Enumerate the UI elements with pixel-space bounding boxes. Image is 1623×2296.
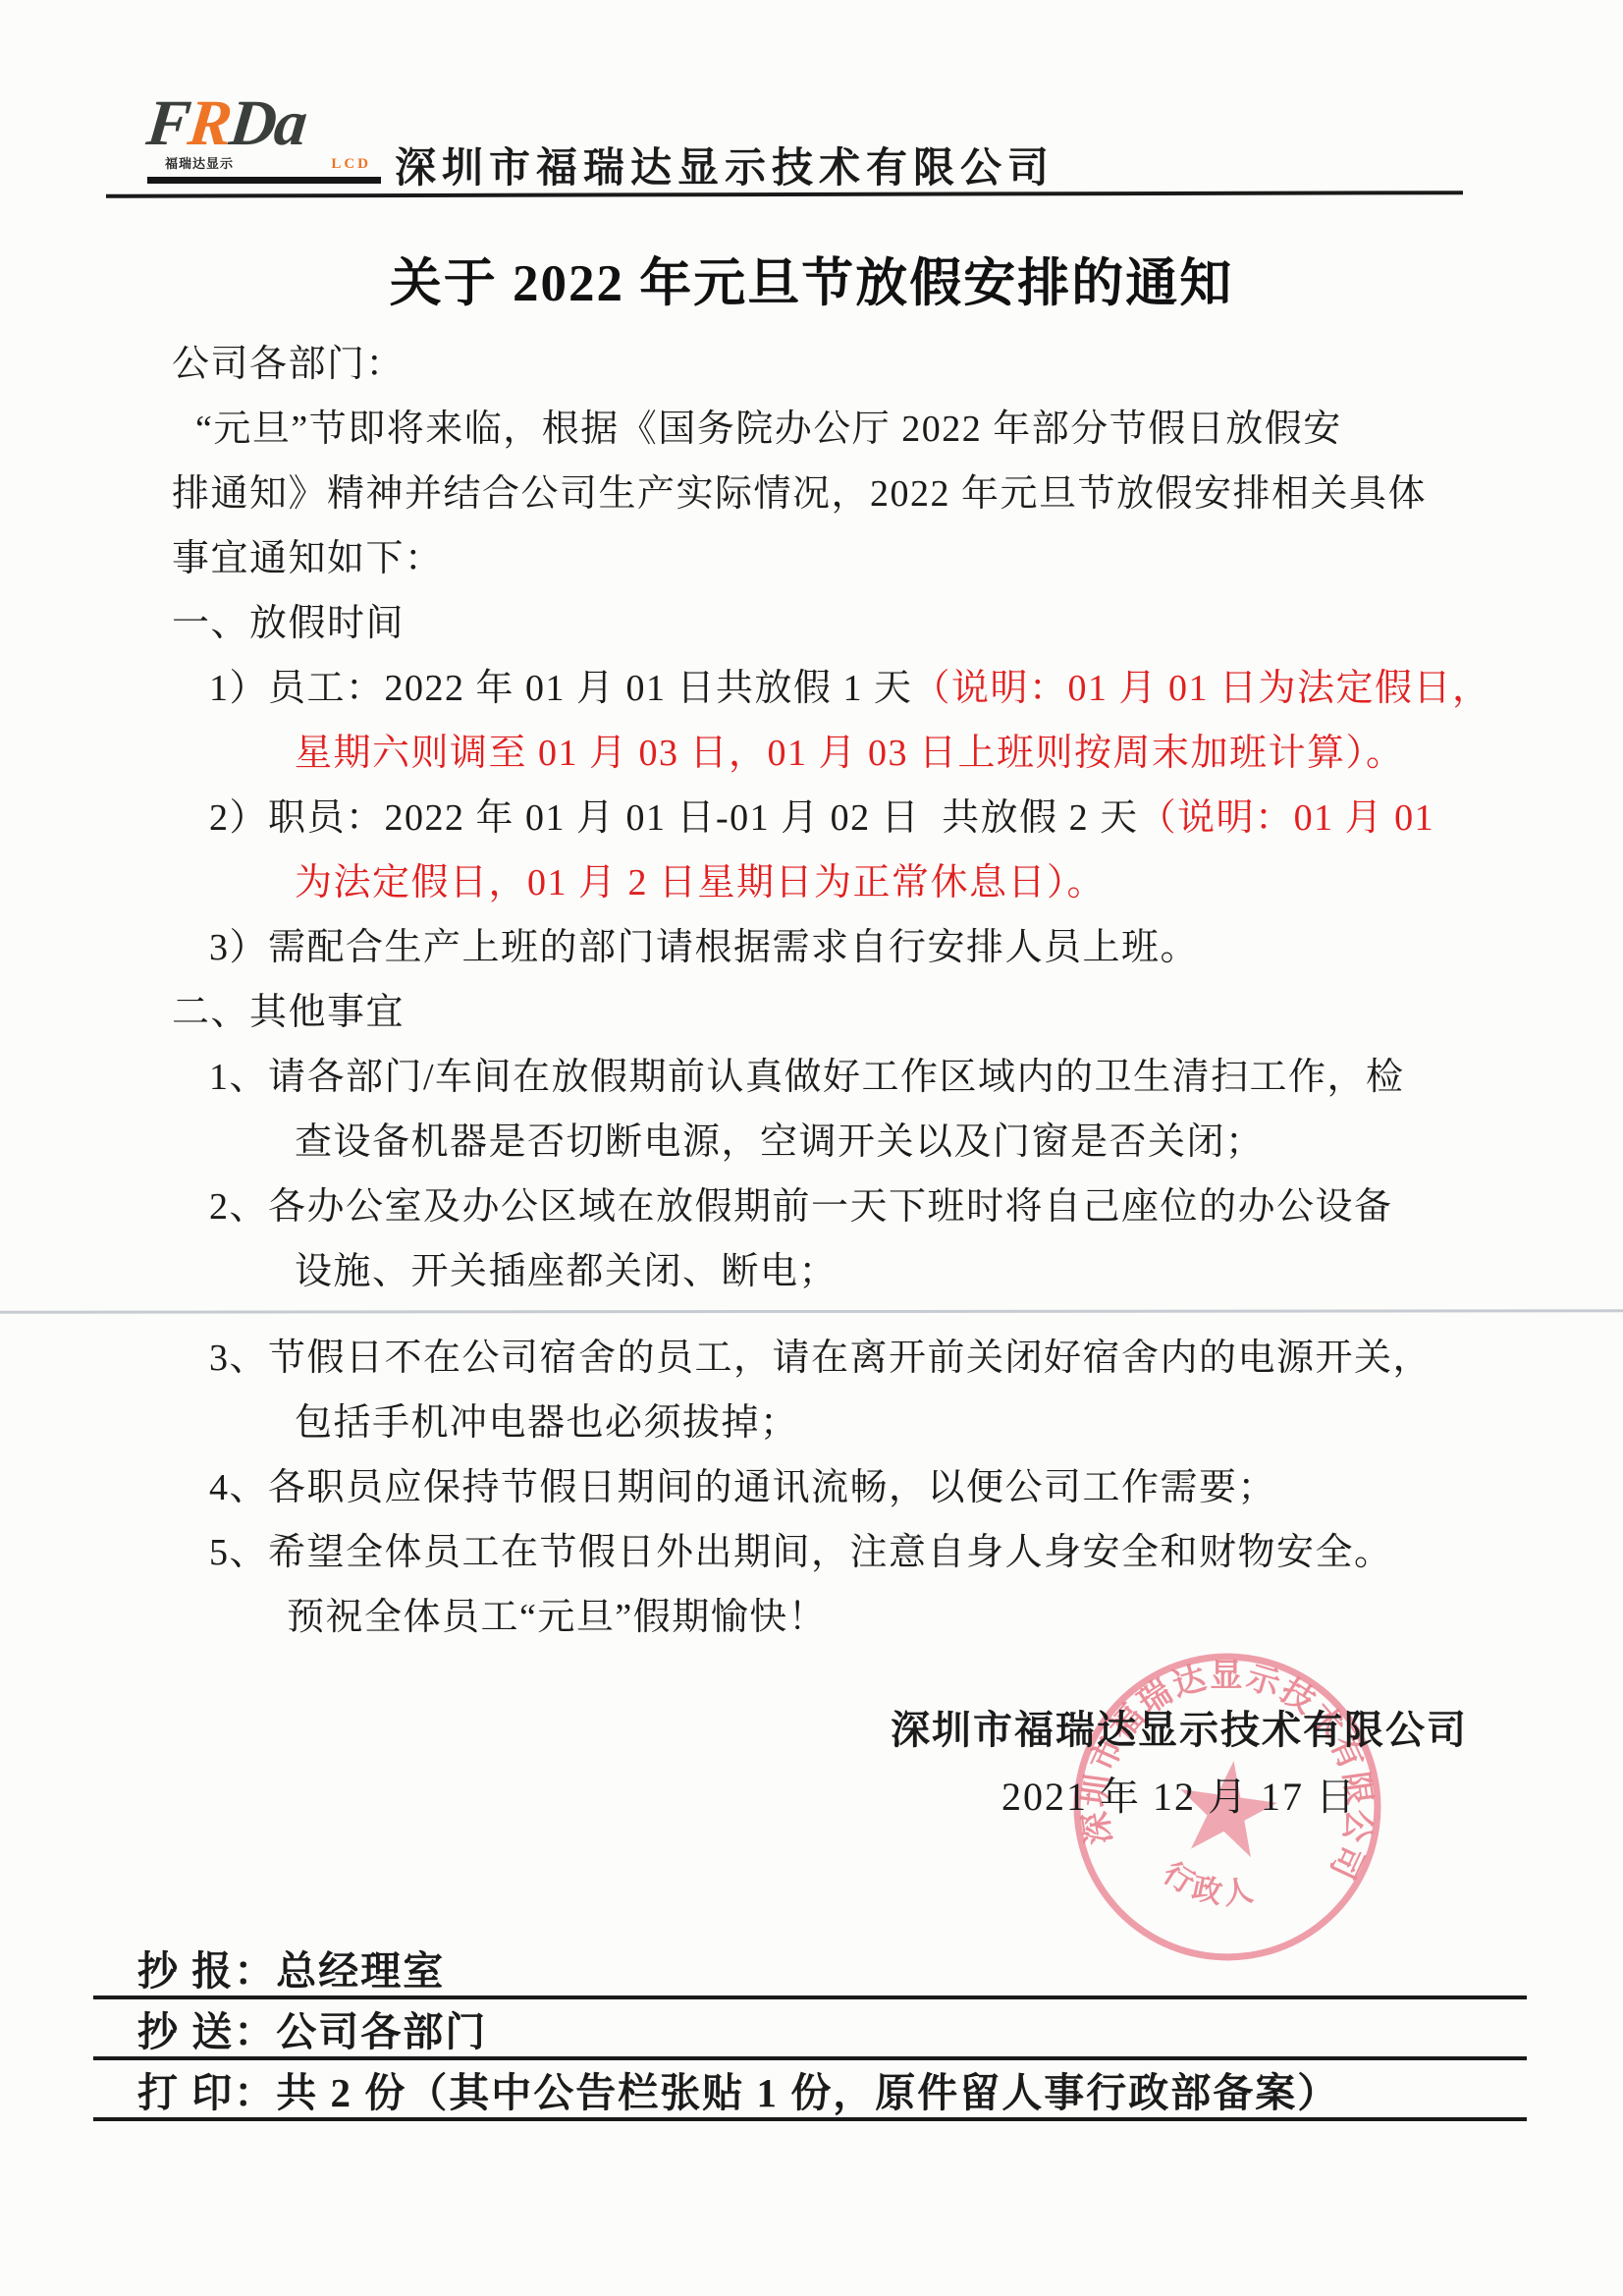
body-line: 2）职员：2022 年 01 月 01 日-01 月 02 日 共放假 2 天（…	[172, 786, 1527, 850]
logo-underbar	[147, 177, 381, 184]
distribution-list: 抄 报：总经理室 抄 送：公司各部门 打 印：共 2 份（其中公告栏张贴 1 份…	[93, 1946, 1527, 2129]
body-line: 3）需配合生产上班的部门请根据需求自行安排人员上班。	[172, 915, 1527, 980]
body-line: 5、希望全体员工在节假日外出期间，注意自身人身安全和财物安全。	[172, 1520, 1527, 1585]
body-line: 预祝全体员工“元旦”假期愉快！	[172, 1585, 1527, 1650]
body-line: 公司各部门：	[172, 332, 1527, 397]
document-page: FRDa 福瑞达显示 LCD 深圳市福瑞达显示技术有限公司 关于 2022 年元…	[0, 0, 1623, 2296]
body-text: 公司各部门：“元旦”节即将来临，根据《国务院办公厅 2022 年部分节假日放假安…	[172, 332, 1527, 1650]
body-line: 3、节假日不在公司宿舍的员工，请在离开前关闭好宿舍内的电源开关，	[172, 1326, 1527, 1391]
body-line: 查设备机器是否切断电源，空调开关以及门窗是否关闭；	[172, 1110, 1527, 1175]
company-logo: FRDa 福瑞达显示 LCD	[147, 94, 393, 204]
copy-send-row: 抄 送：公司各部门	[93, 2007, 1527, 2060]
logo-lcd-label: LCD	[331, 156, 371, 173]
body-line: 4、各职员应保持节假日期间的通讯流畅，以便公司工作需要；	[172, 1455, 1527, 1520]
header-company-name: 深圳市福瑞达显示技术有限公司	[395, 136, 1055, 194]
signature-date: 2021 年 12 月 17 日	[879, 1774, 1480, 1821]
body-line: 排通知》精神并结合公司生产实际情况，2022 年元旦节放假安排相关具体	[172, 462, 1527, 526]
body-line: 为法定假日，01 月 2 日星期日为正常休息日）。	[172, 850, 1527, 915]
body-line: 1）员工：2022 年 01 月 01 日共放假 1 天（说明：01 月 01 …	[172, 656, 1527, 721]
body-line: 2、各办公室及办公区域在放假期前一天下班时将自己座位的办公设备	[172, 1175, 1527, 1239]
document-title: 关于 2022 年元旦节放假安排的通知	[0, 242, 1623, 316]
signature-block: 深圳市福瑞达显示技术有限公司 2021 年 12 月 17 日	[879, 1707, 1480, 1821]
body-line: 1、请各部门/车间在放假期前认真做好工作区域内的卫生清扫工作，检	[172, 1045, 1527, 1110]
signature-company: 深圳市福瑞达显示技术有限公司	[879, 1707, 1480, 1754]
logo-wordmark-icon: FRDa	[144, 94, 396, 153]
body-line: 设施、开关插座都关闭、断电；	[172, 1239, 1527, 1304]
body-line: 包括手机冲电器也必须拔掉；	[172, 1391, 1527, 1455]
body-line: 星期六则调至 01 月 03 日，01 月 03 日上班则按周末加班计算）。	[172, 721, 1527, 786]
body-line: 事宜通知如下：	[172, 526, 1527, 591]
body-line: 二、其他事宜	[172, 980, 1527, 1045]
copy-report-row: 抄 报：总经理室	[93, 1946, 1527, 1999]
body-line: 一、放假时间	[172, 591, 1527, 656]
body-line: “元旦”节即将来临，根据《国务院办公厅 2022 年部分节假日放假安	[172, 397, 1527, 462]
print-count-row: 打 印：共 2 份（其中公告栏张贴 1 份，原件留人事行政部备案）	[93, 2068, 1527, 2121]
